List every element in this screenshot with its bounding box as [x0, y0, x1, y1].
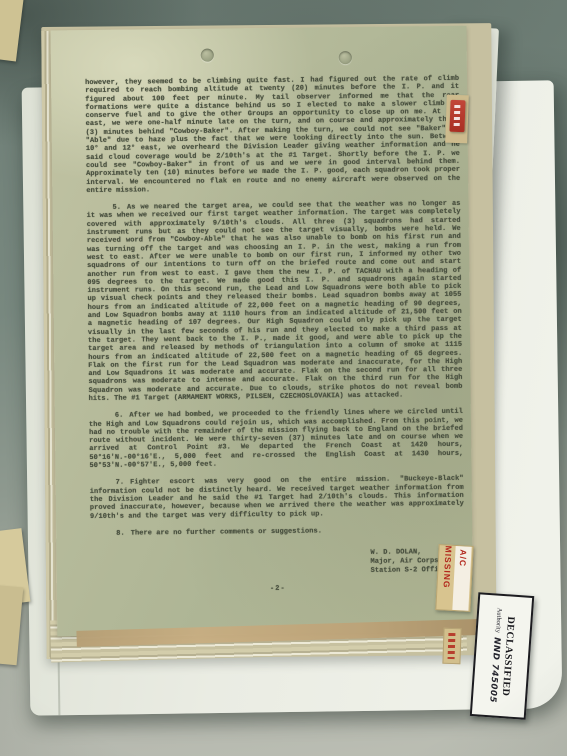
- stray-paper-corner-top-left: [0, 0, 24, 61]
- punch-hole-right: [339, 51, 352, 64]
- missing-tab-line2: A/C: [452, 546, 471, 611]
- red-index-tab-upper: [449, 100, 465, 133]
- paragraph-6-number: 6.: [115, 412, 124, 420]
- authority-label: Authority: [494, 608, 503, 634]
- paragraph-6-text: After we had bombed, we proceeded to the…: [89, 408, 463, 470]
- paragraph-6: 6.After we had bombed, we proceeded to t…: [89, 408, 464, 470]
- paragraph-4-continuation: however, they seemed to be climbing quit…: [85, 75, 460, 195]
- paragraph-7: 7.Fighter escort was very good on the en…: [90, 475, 464, 521]
- paragraph-8: 8.There are no further comments or sugge…: [90, 526, 464, 539]
- punch-hole-left: [201, 49, 214, 62]
- photo-of-document-stack: 384th Bomb Group - Missions, #C301, Pils…: [0, 0, 567, 756]
- declassified-stamp-text: DECLASSIFIED Authority NND 745005: [486, 608, 518, 705]
- paragraph-7-text: Fighter escort was very good on the enti…: [90, 475, 464, 520]
- paragraph-8-number: 8.: [116, 529, 125, 537]
- paragraph-8-text: There are no further comments or suggest…: [131, 527, 322, 537]
- typed-text-block: however, they seemed to be climbing quit…: [85, 75, 465, 595]
- missing-aircraft-tab: MISSING A/C: [435, 544, 473, 612]
- page-number: -2-: [91, 582, 465, 595]
- paragraph-5-text: As we neared the target area, we could s…: [87, 200, 463, 403]
- paragraph-7-number: 7.: [116, 479, 125, 487]
- red-index-tab-lower: [442, 628, 461, 665]
- typed-report-page: however, they seemed to be climbing quit…: [50, 26, 473, 637]
- paragraph-5: 5.As we neared the target area, we could…: [86, 200, 462, 403]
- paper-stack: however, they seemed to be climbing quit…: [41, 23, 496, 659]
- declassified-stamp: DECLASSIFIED Authority NND 745005: [470, 592, 535, 720]
- stray-paper-corner-bottom-left-2: [0, 585, 23, 665]
- missing-aircraft-tab-text: MISSING A/C: [436, 545, 471, 611]
